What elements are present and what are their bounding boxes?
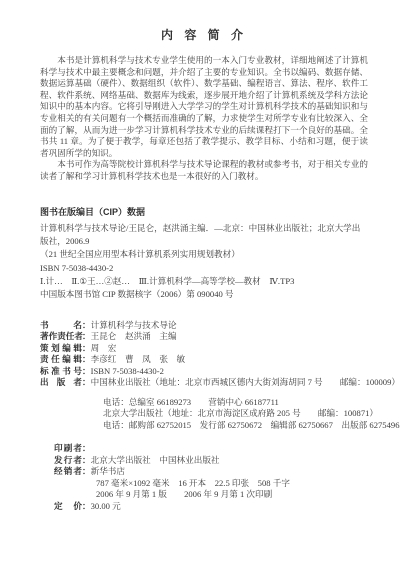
colophon-row-colon: ： <box>82 443 91 453</box>
colophon-row-label: 出版者 <box>40 377 82 389</box>
book-copyright-page: 内 容 简 介 本书是计算机科学与技术专业学生使用的一本入门专业教材，详细地阐述… <box>0 0 400 566</box>
colophon-row: 印刷者： <box>54 443 368 455</box>
colophon-row: 2006 年 9 月第 1 版 2006 年 9 月第 1 次印刷 <box>96 489 368 501</box>
colophon-row-colon: ： <box>82 331 91 341</box>
colophon-row: 电话：邮购部 62752015 发行部 62750672 编辑部 6275066… <box>103 420 368 432</box>
colophon-row-colon: ： <box>82 366 91 376</box>
colophon-row-colon: ： <box>82 455 91 465</box>
colophon-row: 787 毫米×1092 毫米 16 开本 22.5 印张 508 千字 <box>96 478 368 490</box>
colophon-rows: 书名：计算机科学与技术导论著作责任者：王昆仑 赵洪涌 主编策划编辑：周 宏责任编… <box>40 320 368 513</box>
colophon-row-label: 标准书号 <box>40 366 82 378</box>
colophon-row: 著作责任者：王昆仑 赵洪涌 主编 <box>40 331 368 343</box>
colophon-row: 定价：30.00 元 <box>54 501 368 513</box>
colophon-row-colon: ： <box>82 343 91 353</box>
colophon-row: 北京大学出版社（地址：北京市海淀区成府路 205 号 邮编：100871） <box>103 408 368 420</box>
cip-bibliography-line: 计算机科学与技术导论/王昆仑，赵洪涌主编．—北京：中国林业出版社；北京大学出版社… <box>40 222 368 248</box>
colophon-row-value: 北京大学出版社（地址：北京市海淀区成府路 205 号 邮编：100871） <box>103 408 378 418</box>
content-summary-paragraph-1: 本书是计算机科学与技术专业学生使用的一本入门专业教材，详细地阐述了计算机科学与技… <box>40 55 368 159</box>
colophon-row-value: 2006 年 9 月第 1 版 2006 年 9 月第 1 次印刷 <box>96 489 272 499</box>
colophon-row: 电话：总编室 66189273 营销中心 66187711 <box>103 397 368 409</box>
colophon-row-label: 印刷者 <box>54 443 82 455</box>
colophon-row-colon: ： <box>82 501 91 511</box>
colophon-row-value: 计算机科学与技术导论 <box>91 320 177 330</box>
colophon-row: 书名：计算机科学与技术导论 <box>40 320 368 332</box>
cip-series-line: （21 世纪全国应用型本科计算机系列实用规划教材） <box>40 248 368 261</box>
cip-classification-line: Ⅰ.计… Ⅱ.①王…②赵… Ⅲ.计算机科学—高等学校—教材 Ⅳ.TP3 <box>40 275 368 288</box>
colophon-row: 经销者：新华书店 <box>54 466 368 478</box>
cip-block: 图书在版编目（CIP）数据 计算机科学与技术导论/王昆仑，赵洪涌主编．—北京：中… <box>40 205 368 301</box>
colophon-row-label: 著作责任者 <box>40 331 82 343</box>
colophon-row-value: ISBN 7-5038-4430-2 <box>91 366 164 376</box>
colophon-row: 出版者：中国林业出版社（地址：北京市西城区德内大街刘海胡同 7 号 邮编：100… <box>40 377 368 389</box>
colophon-row-colon: ： <box>82 320 91 330</box>
colophon-row-label: 书名 <box>40 320 82 332</box>
colophon-row-value: 30.00 元 <box>91 501 121 511</box>
colophon-row-label: 定价 <box>54 501 82 513</box>
cip-isbn-line: ISBN 7-5038-4430-2 <box>40 262 368 275</box>
colophon-row: 策划编辑：周 宏 <box>40 343 368 355</box>
content-summary-paragraph-2: 本书可作为高等院校计算机科学与技术导论课程的教材或参考书，对于相关专业的读者了解… <box>40 159 368 182</box>
colophon-row-colon: ： <box>82 466 91 476</box>
colophon-row-label: 责任编辑 <box>40 354 82 366</box>
colophon-row-label: 策划编辑 <box>40 343 82 355</box>
colophon-row-value: 电话：总编室 66189273 营销中心 66187711 <box>103 397 279 407</box>
colophon-row-value: 中国林业出版社（地址：北京市西城区德内大街刘海胡同 7 号 邮编：100009） <box>91 377 400 387</box>
cip-heading: 图书在版编目（CIP）数据 <box>40 205 368 218</box>
colophon-row-value: 787 毫米×1092 毫米 16 开本 22.5 印张 508 千字 <box>96 478 290 488</box>
cip-record-number-line: 中国版本图书馆 CIP 数据核字（2006）第 090040 号 <box>40 288 368 301</box>
colophon-row-value: 北京大学出版社 中国林业出版社 <box>91 455 220 465</box>
colophon-row-value: 新华书店 <box>91 466 125 476</box>
colophon-row: 发行者：北京大学出版社 中国林业出版社 <box>54 455 368 467</box>
colophon-row-value: 王昆仑 赵洪涌 主编 <box>91 331 177 341</box>
colophon-row: 责任编辑：李彦红 曹 凤 张 敏 <box>40 354 368 366</box>
colophon-row: 标准书号：ISBN 7-5038-4430-2 <box>40 366 368 378</box>
colophon-row-colon: ： <box>82 377 91 387</box>
colophon-row-value: 李彦红 曹 凤 张 敏 <box>91 354 186 364</box>
colophon-row-label: 发行者 <box>54 455 82 467</box>
colophon-row-label: 经销者 <box>54 466 82 478</box>
colophon-row-colon: ： <box>82 354 91 364</box>
colophon-row-value: 周 宏 <box>91 343 117 353</box>
colophon-row-value: 电话：邮购部 62752015 发行部 62750672 编辑部 6275066… <box>103 420 400 430</box>
content-summary-title: 内 容 简 介 <box>40 26 368 43</box>
